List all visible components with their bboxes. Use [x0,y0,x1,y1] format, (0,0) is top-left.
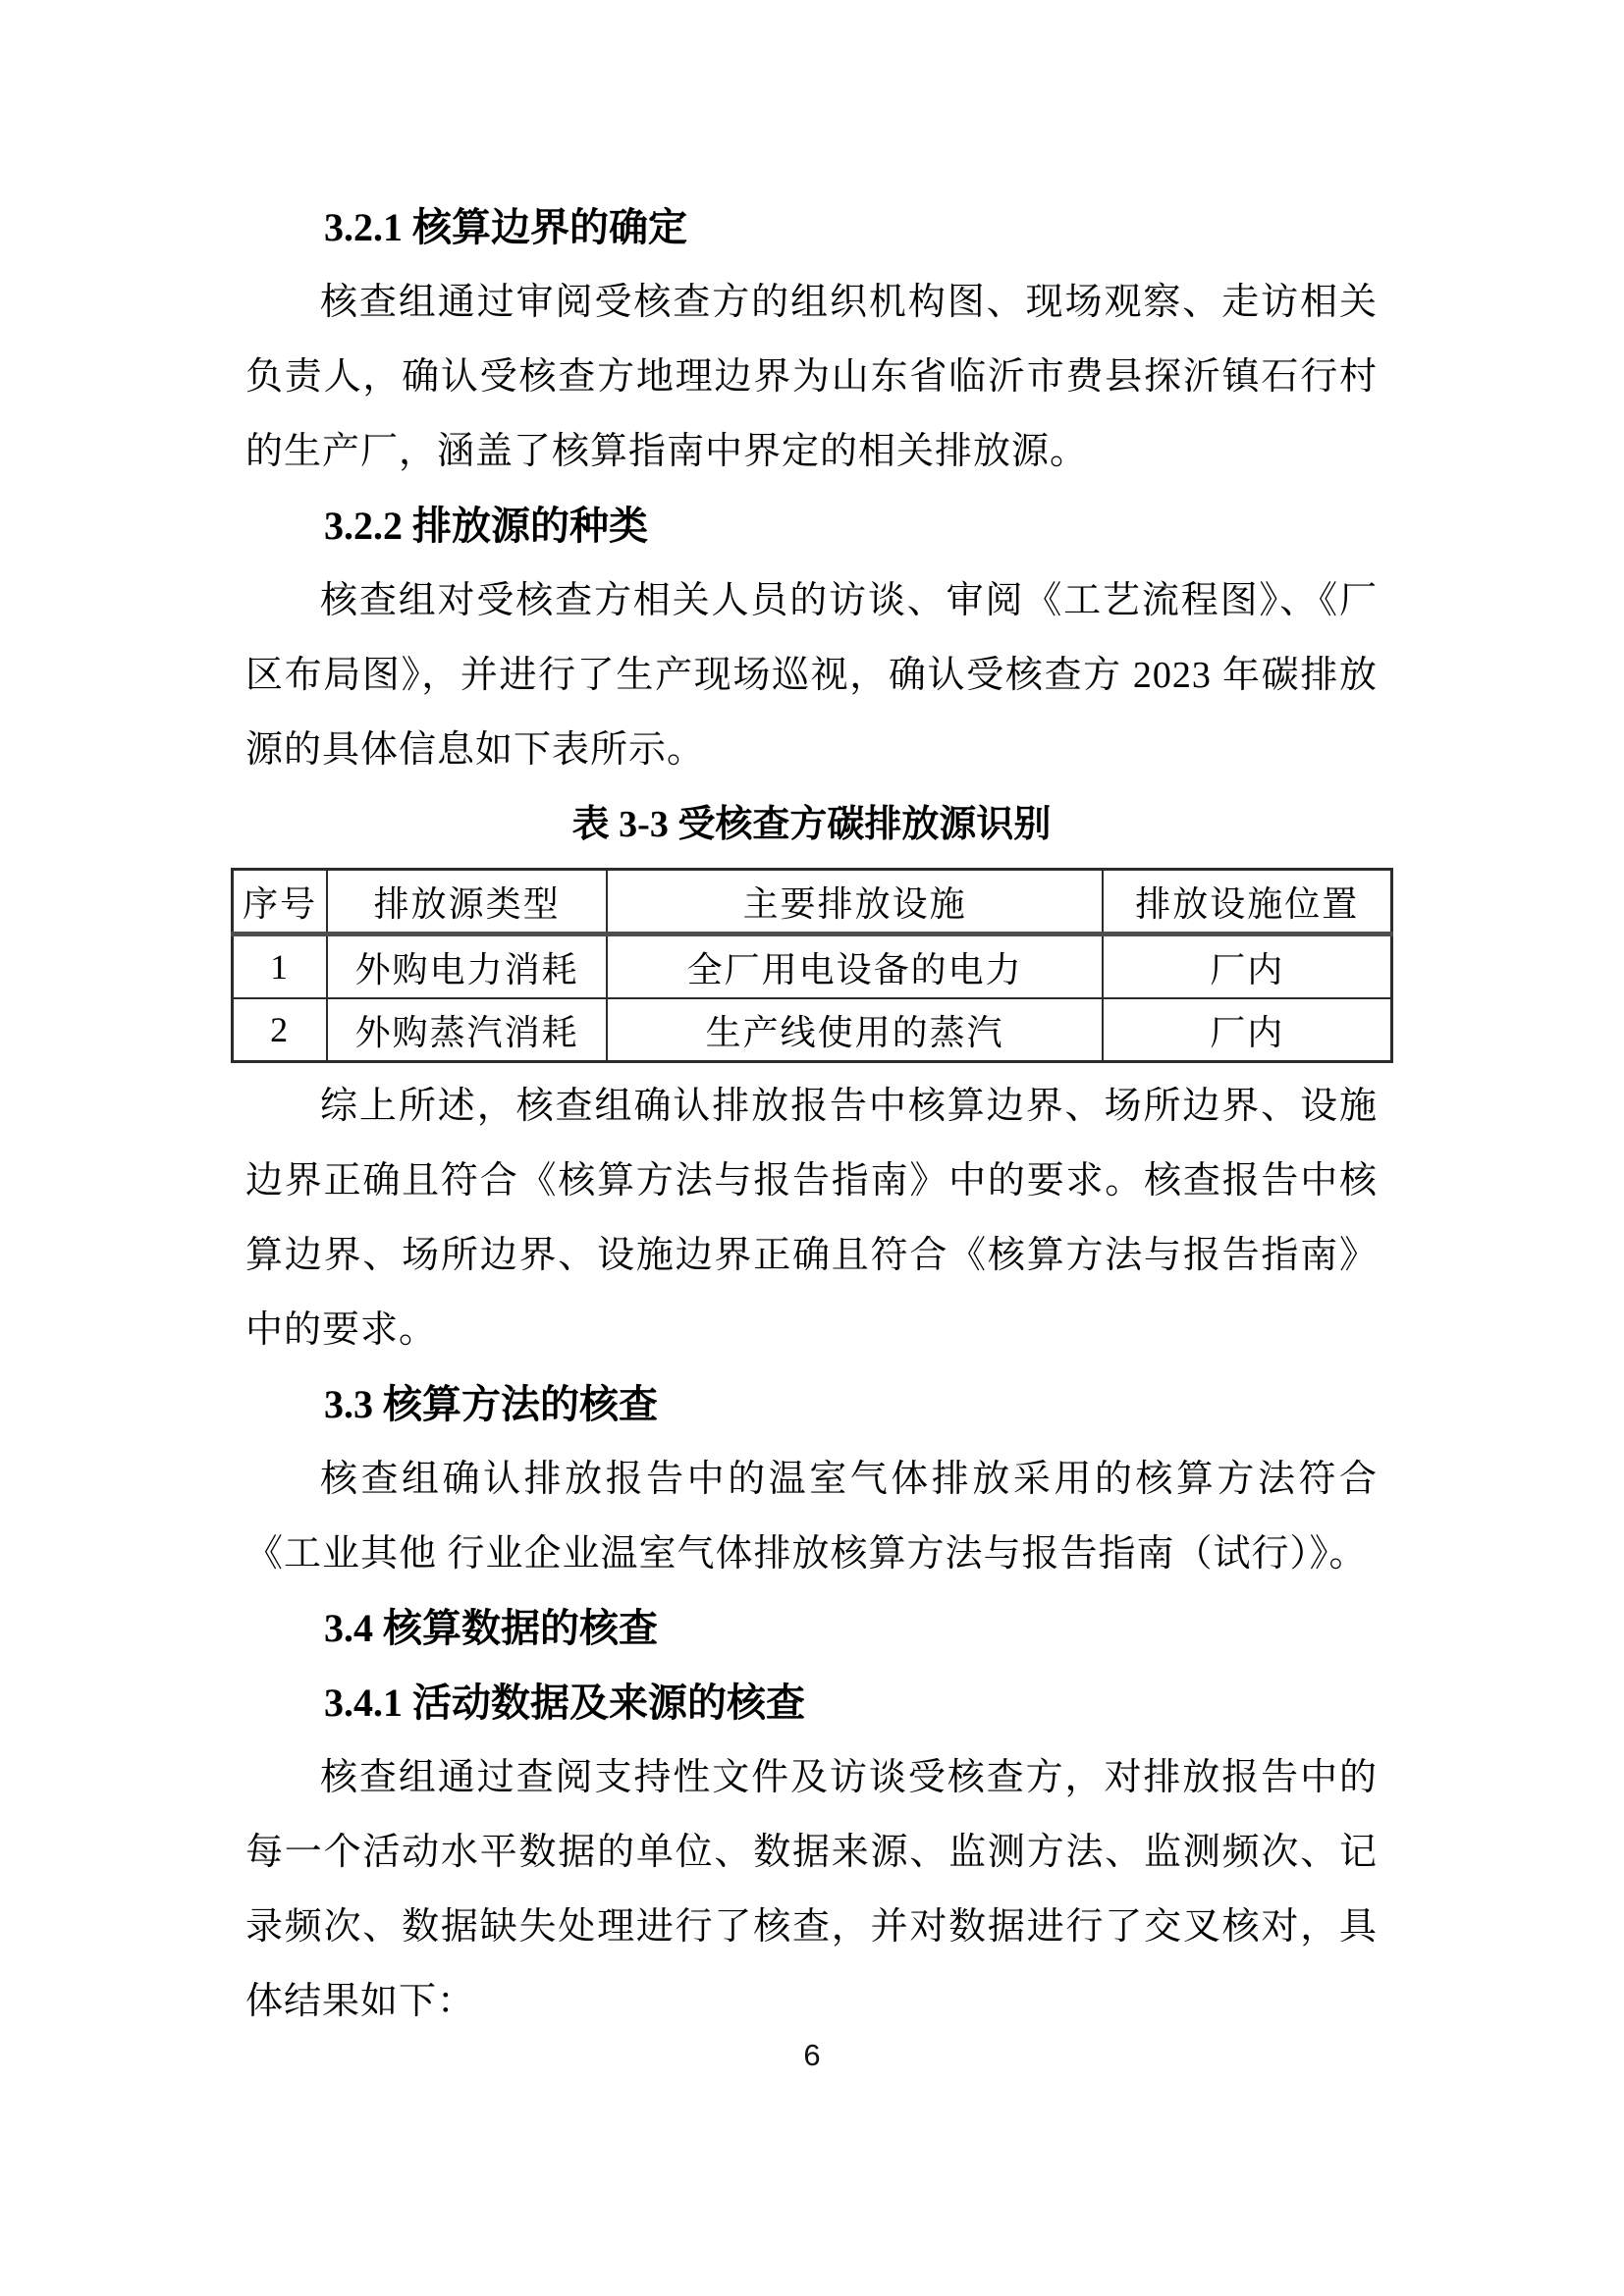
document-page: 3.2.1 核算边界的确定 核查组通过审阅受核查方的组织机构图、现场观察、走访相… [0,0,1624,2296]
emission-sources-table: 序号 排放源类型 主要排放设施 排放设施位置 1 外购电力消耗 全厂用电设备的电… [231,868,1393,1063]
paragraph-emission-source-types: 核查组对受核查方相关人员的访谈、审阅《工艺流程图》、《厂区布局图》，并进行了生产… [245,563,1378,787]
cell-source-type: 外购电力消耗 [327,934,607,999]
cell-index: 2 [233,998,328,1062]
section-heading-3-4: 3.4 核算数据的核查 [245,1591,1378,1666]
section-heading-3-4-1: 3.4.1 活动数据及来源的核查 [245,1666,1378,1740]
table-caption: 表 3-3 受核查方碳排放源识别 [245,787,1378,862]
header-cell-location: 排放设施位置 [1103,870,1391,934]
table-row: 2 外购蒸汽消耗 生产线使用的蒸汽 厂内 [233,998,1392,1062]
document-content: 3.2.1 核算边界的确定 核查组通过审阅受核查方的组织机构图、现场观察、走访相… [245,190,1378,2039]
cell-location: 厂内 [1103,934,1391,999]
paragraph-method-verification: 核查组确认排放报告中的温室气体排放采用的核算方法符合《工业其他 行业企业温室气体… [245,1442,1378,1591]
cell-source-type: 外购蒸汽消耗 [327,998,607,1062]
header-cell-source-type: 排放源类型 [327,870,607,934]
cell-location: 厂内 [1103,998,1391,1062]
section-heading-3-2-2: 3.2.2 排放源的种类 [245,489,1378,563]
table-header-row: 序号 排放源类型 主要排放设施 排放设施位置 [233,870,1392,934]
cell-index: 1 [233,934,328,999]
paragraph-accounting-boundary: 核查组通过审阅受核查方的组织机构图、现场观察、走访相关负责人，确认受核查方地理边… [245,265,1378,489]
section-heading-3-2-1: 3.2.1 核算边界的确定 [245,190,1378,265]
header-cell-index: 序号 [233,870,328,934]
section-heading-3-3: 3.3 核算方法的核查 [245,1367,1378,1442]
paragraph-boundary-summary: 综上所述，核查组确认排放报告中核算边界、场所边界、设施边界正确且符合《核算方法与… [245,1069,1378,1367]
table-row: 1 外购电力消耗 全厂用电设备的电力 厂内 [233,934,1392,999]
page-number: 6 [0,2038,1624,2073]
paragraph-activity-data-verification: 核查组通过查阅支持性文件及访谈受核查方，对排放报告中的每一个活动水平数据的单位、… [245,1740,1378,2039]
header-cell-facility: 主要排放设施 [607,870,1103,934]
cell-facility: 生产线使用的蒸汽 [607,998,1103,1062]
cell-facility: 全厂用电设备的电力 [607,934,1103,999]
